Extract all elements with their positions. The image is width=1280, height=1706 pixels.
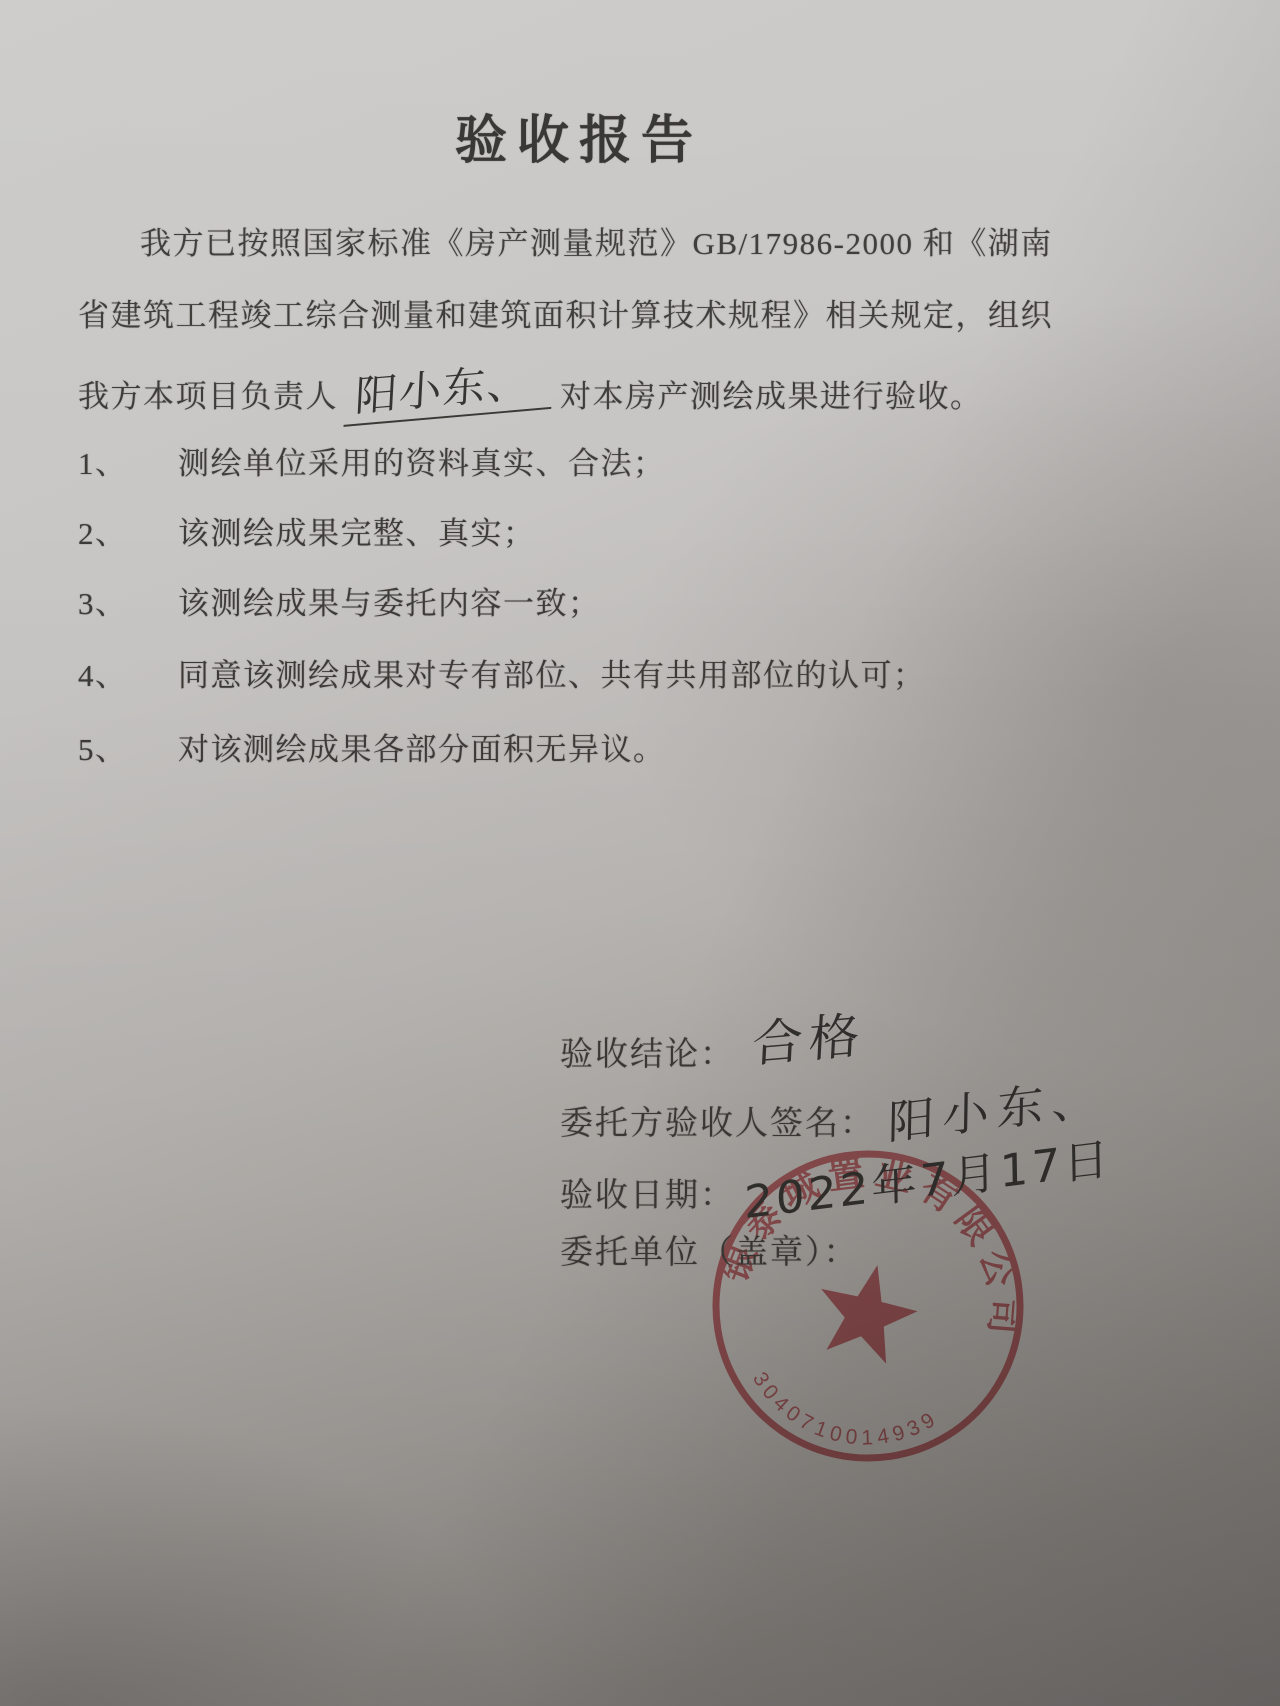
signer-label: 委托方验收人签名：	[560, 1106, 875, 1142]
page-title: 验收报告	[455, 98, 703, 173]
paragraph-line-1: 我方已按照国家标准《房产测量规范》GB/17986-2000 和《湖南	[140, 218, 1053, 263]
item-text: 同意该测绘成果对专有部位、共有共用部位的认可；	[178, 658, 926, 693]
conclusion-label: 验收结论：	[560, 1037, 735, 1073]
acceptance-item: 5、对该测绘成果各部分面积无异议。	[78, 724, 666, 769]
item-text: 对该测绘成果各部分面积无异议。	[178, 732, 666, 767]
item-number: 4、	[78, 650, 178, 695]
item-text: 该测绘成果完整、真实；	[178, 516, 536, 551]
item-text: 该测绘成果与委托内容一致；	[178, 586, 601, 621]
paragraph-line-2: 省建筑工程竣工综合测量和建筑面积计算技术规程》相关规定，组织	[78, 290, 1053, 335]
item-number: 5、	[78, 724, 178, 769]
item-text: 测绘单位采用的资料真实、合法；	[178, 446, 666, 481]
unit-label: 委托单位（盖章）：	[560, 1235, 859, 1271]
date-label: 验收日期：	[560, 1178, 735, 1214]
paragraph-line-3: 我方本项目负责人阳小东、对本房产测绘成果进行验收。	[78, 360, 983, 422]
handwritten-conclusion-value: 合格	[751, 995, 868, 1076]
acceptance-item: 3、该测绘成果与委托内容一致；	[78, 578, 601, 623]
acceptance-item: 4、同意该测绘成果对专有部位、共有共用部位的认可；	[78, 650, 926, 695]
acceptance-item: 2、该测绘成果完整、真实；	[78, 508, 536, 553]
acceptance-item: 1、测绘单位采用的资料真实、合法；	[78, 438, 666, 483]
item-number: 3、	[78, 578, 178, 623]
paragraph-line-3-prefix: 我方本项目负责人	[78, 379, 338, 414]
item-number: 1、	[78, 438, 178, 483]
unit-line: 委托单位（盖章）：	[560, 1226, 859, 1273]
paragraph-line-3-suffix: 对本房产测绘成果进行验收。	[560, 379, 983, 414]
item-number: 2、	[78, 508, 178, 553]
handwritten-project-leader-name: 阳小东、	[343, 347, 554, 427]
document-photo: 验收报告 我方已按照国家标准《房产测量规范》GB/17986-2000 和《湖南…	[0, 0, 1280, 1706]
date-line: 验收日期：2022年7月17日	[560, 1154, 1110, 1219]
conclusion-line: 验收结论：合格	[560, 1008, 865, 1080]
